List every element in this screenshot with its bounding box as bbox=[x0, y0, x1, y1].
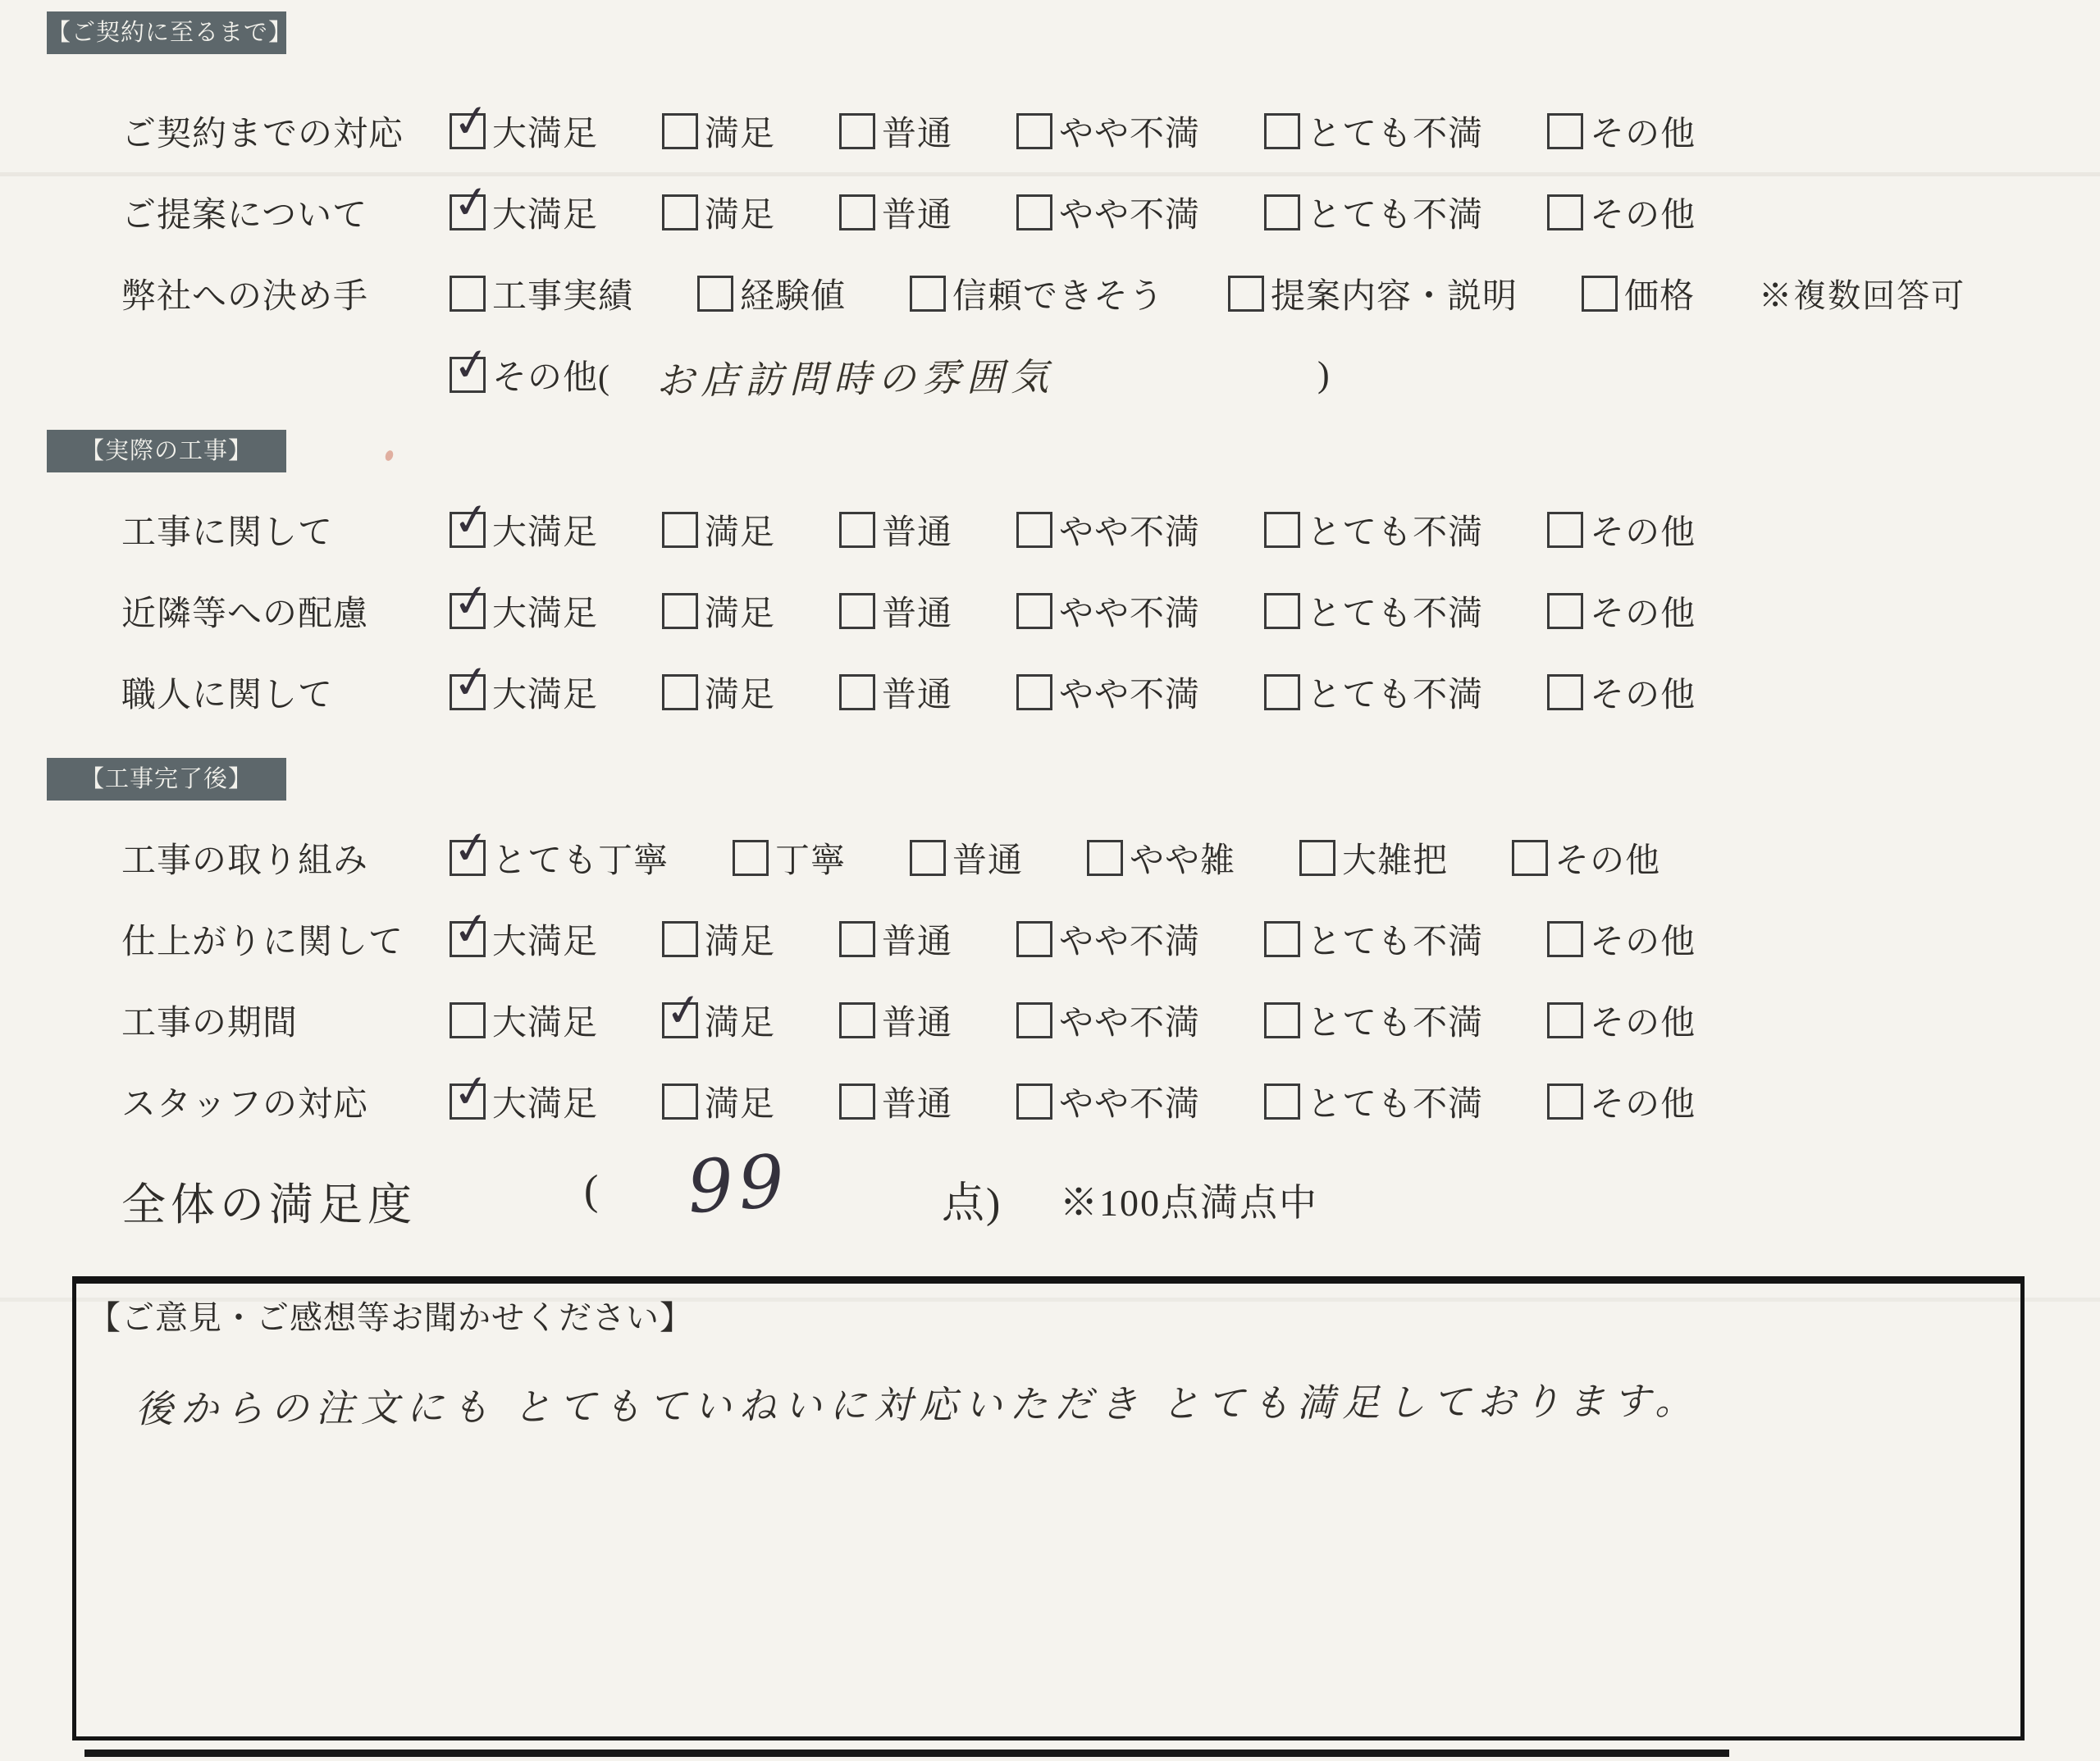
row-label: スタッフの対応 bbox=[121, 1077, 450, 1126]
survey-option: 大満足 bbox=[450, 188, 598, 237]
checkbox[interactable] bbox=[1264, 593, 1300, 629]
survey-option: とても不満 bbox=[1264, 188, 1483, 237]
option-label: 普通 bbox=[882, 107, 952, 156]
options-group: 大満足 満足 普通 やや不満 とても不満 その他 bbox=[450, 1077, 1696, 1126]
checkbox[interactable] bbox=[1016, 1084, 1052, 1120]
survey-option: 大満足 bbox=[450, 915, 598, 964]
survey-option: 普通 bbox=[839, 915, 952, 964]
option-label: 満足 bbox=[705, 915, 775, 964]
option-label: 経験値 bbox=[740, 269, 846, 318]
survey-option: 大満足 bbox=[450, 107, 598, 156]
checkbox[interactable] bbox=[662, 113, 698, 149]
row-note: ※複数回答可 bbox=[1759, 270, 1965, 317]
survey-option: やや不満 bbox=[1016, 1077, 1200, 1126]
section-rows: 工事に関して 大満足 満足 普通 やや不満 とても不満 その他 近隣等への配慮 … bbox=[121, 489, 2100, 732]
checkbox[interactable] bbox=[1547, 194, 1583, 230]
row-label: ご提案について bbox=[121, 188, 450, 237]
row-label: 工事の期間 bbox=[121, 996, 450, 1045]
option-label: やや不満 bbox=[1059, 1077, 1200, 1126]
survey-option: 満足 bbox=[662, 915, 775, 964]
survey-option: 普通 bbox=[839, 996, 952, 1045]
checkbox[interactable] bbox=[1512, 840, 1548, 876]
survey-option: とても丁寧 bbox=[450, 833, 669, 883]
overall-satisfaction-row: 全体の満足度 ( 99 点) ※100点満点中 bbox=[0, 1153, 2100, 1243]
option-label: とても不満 bbox=[1307, 996, 1483, 1045]
checkbox[interactable] bbox=[450, 1084, 486, 1120]
checkmark-icon bbox=[450, 823, 492, 873]
checkbox[interactable] bbox=[662, 921, 698, 957]
checkbox[interactable] bbox=[1264, 113, 1300, 149]
option-label: 満足 bbox=[705, 996, 775, 1045]
checkbox[interactable] bbox=[450, 357, 486, 393]
option-label: その他 bbox=[1590, 107, 1696, 156]
checkbox[interactable] bbox=[1299, 840, 1335, 876]
survey-option: 普通 bbox=[839, 586, 952, 636]
option-label: 大満足 bbox=[492, 915, 598, 964]
option-label: とても不満 bbox=[1307, 915, 1483, 964]
survey-option: 大満足 bbox=[450, 1077, 598, 1126]
option-label: 満足 bbox=[705, 1077, 775, 1126]
survey-option: その他 bbox=[1547, 1077, 1696, 1126]
checkbox[interactable] bbox=[1547, 674, 1583, 710]
survey-option: やや不満 bbox=[1016, 586, 1200, 636]
survey-option: その他 bbox=[1547, 668, 1696, 717]
survey-option: 満足 bbox=[662, 1077, 775, 1126]
survey-option: その他 bbox=[1547, 107, 1696, 156]
overall-label: 全体の満足度 bbox=[121, 1170, 417, 1233]
checkbox[interactable] bbox=[839, 113, 875, 149]
option-label: 普通 bbox=[952, 833, 1023, 883]
checkbox[interactable] bbox=[1016, 674, 1052, 710]
survey-option: とても不満 bbox=[1264, 668, 1483, 717]
option-label: その他 bbox=[1590, 915, 1696, 964]
option-label: 満足 bbox=[705, 586, 775, 636]
checkbox[interactable] bbox=[839, 1002, 875, 1038]
survey-option: 大満足 bbox=[450, 586, 598, 636]
survey-option: やや不満 bbox=[1016, 996, 1200, 1045]
section-header: 【工事完了後】 bbox=[47, 758, 286, 801]
survey-option: とても不満 bbox=[1264, 107, 1483, 156]
checkmark-icon bbox=[450, 1067, 492, 1116]
option-label: 丁寧 bbox=[775, 833, 846, 883]
survey-row: ご契約までの対応 大満足 満足 普通 やや不満 とても不満 その他 bbox=[121, 90, 2100, 171]
checkbox[interactable] bbox=[910, 840, 946, 876]
survey-option: とても不満 bbox=[1264, 996, 1483, 1045]
option-label: 普通 bbox=[882, 996, 952, 1045]
option-label: 普通 bbox=[882, 505, 952, 554]
checkbox[interactable] bbox=[662, 512, 698, 548]
comments-box: 【ご意見・ご感想等お聞かせください】 後からの注文にも とてもていねいに対応いた… bbox=[72, 1276, 2025, 1740]
checkmark-icon bbox=[450, 577, 492, 626]
survey-option: 満足 bbox=[662, 107, 775, 156]
checkmark-icon bbox=[450, 495, 492, 545]
survey-option: その他 bbox=[1547, 188, 1696, 237]
option-label: 大雑把 bbox=[1342, 833, 1448, 883]
survey-option: 普通 bbox=[839, 107, 952, 156]
checkbox[interactable] bbox=[733, 840, 769, 876]
survey-row: その他( お店訪問時の雰囲気 ) bbox=[121, 334, 2100, 415]
survey-option: やや不満 bbox=[1016, 107, 1200, 156]
checkbox[interactable] bbox=[1264, 1084, 1300, 1120]
options-group: とても丁寧 丁寧 普通 やや雑 大雑把 その他 bbox=[450, 833, 1660, 883]
row-label: ご契約までの対応 bbox=[121, 107, 450, 156]
option-label: やや不満 bbox=[1059, 188, 1200, 237]
checkbox[interactable] bbox=[1016, 593, 1052, 629]
option-label: とても不満 bbox=[1307, 586, 1483, 636]
checkbox[interactable] bbox=[450, 921, 486, 957]
row-label: 弊社への決め手 bbox=[121, 269, 450, 318]
section-actual-construction: 【実際の工事】 工事に関して 大満足 満足 普通 やや不満 とても不満 その他 … bbox=[0, 430, 2100, 732]
survey-option: 提案内容・説明 bbox=[1228, 269, 1518, 318]
option-label: 満足 bbox=[705, 668, 775, 717]
survey-row: 工事の取り組み とても丁寧 丁寧 普通 やや雑 大雑把 その他 bbox=[121, 817, 2100, 898]
option-label: 普通 bbox=[882, 915, 952, 964]
survey-option: 信頼できそう bbox=[910, 269, 1164, 318]
checkbox[interactable] bbox=[910, 276, 946, 312]
option-label: 普通 bbox=[882, 1077, 952, 1126]
survey-option: その他 bbox=[1547, 996, 1696, 1045]
checkmark-icon bbox=[450, 178, 492, 227]
survey-row: 弊社への決め手 工事実績 経験値 信頼できそう 提案内容・説明 価格 ※複数回答… bbox=[121, 253, 2100, 334]
option-label: やや不満 bbox=[1059, 586, 1200, 636]
checkbox[interactable] bbox=[450, 840, 486, 876]
option-label: とても不満 bbox=[1307, 1077, 1483, 1126]
option-label: とても不満 bbox=[1307, 668, 1483, 717]
option-label: とても不満 bbox=[1307, 188, 1483, 237]
section-before-contract: 【ご契約に至るまで】 ご契約までの対応 大満足 満足 普通 やや不満 とても不満… bbox=[0, 11, 2100, 415]
score-note: ※100点満点中 bbox=[1060, 1173, 1318, 1227]
option-label: 大満足 bbox=[492, 586, 598, 636]
checkbox[interactable] bbox=[450, 194, 486, 230]
section-rows: ご契約までの対応 大満足 満足 普通 やや不満 とても不満 その他 ご提案につい… bbox=[121, 90, 2100, 415]
checkbox[interactable] bbox=[1264, 674, 1300, 710]
option-label: やや不満 bbox=[1059, 996, 1200, 1045]
survey-option: 普通 bbox=[839, 1077, 952, 1126]
option-label: その他 bbox=[1590, 996, 1696, 1045]
checkbox[interactable] bbox=[839, 512, 875, 548]
handwritten-score: 99 bbox=[685, 1138, 792, 1230]
checkbox[interactable] bbox=[1547, 1084, 1583, 1120]
option-label: 信頼できそう bbox=[952, 269, 1164, 318]
survey-option: その他( bbox=[450, 350, 610, 399]
checkbox[interactable] bbox=[450, 1002, 486, 1038]
checkbox[interactable] bbox=[450, 512, 486, 548]
survey-row: 工事の期間 大満足 満足 普通 やや不満 とても不満 その他 bbox=[121, 979, 2100, 1061]
row-label: 職人に関して bbox=[121, 668, 450, 717]
checkbox[interactable] bbox=[1016, 1002, 1052, 1038]
survey-option: 価格 bbox=[1582, 269, 1695, 318]
survey-option: 丁寧 bbox=[733, 833, 846, 883]
option-label: やや不満 bbox=[1059, 668, 1200, 717]
survey-option: 経験値 bbox=[697, 269, 846, 318]
checkbox[interactable] bbox=[697, 276, 733, 312]
survey-option: 大雑把 bbox=[1299, 833, 1448, 883]
checkbox[interactable] bbox=[1087, 840, 1123, 876]
checkbox[interactable] bbox=[839, 674, 875, 710]
option-label: 普通 bbox=[882, 668, 952, 717]
option-label: とても不満 bbox=[1307, 107, 1483, 156]
row-label: 工事の取り組み bbox=[121, 833, 450, 883]
option-label: その他 bbox=[1590, 1077, 1696, 1126]
checkbox[interactable] bbox=[1016, 194, 1052, 230]
section-header: 【実際の工事】 bbox=[47, 430, 286, 472]
checkbox[interactable] bbox=[839, 1084, 875, 1120]
survey-option: 満足 bbox=[662, 996, 775, 1045]
checkbox[interactable] bbox=[662, 1002, 698, 1038]
checkbox[interactable] bbox=[1264, 921, 1300, 957]
checkbox[interactable] bbox=[1264, 1002, 1300, 1038]
options-group: 大満足 満足 普通 やや不満 とても不満 その他 bbox=[450, 505, 1696, 554]
checkbox[interactable] bbox=[839, 194, 875, 230]
section-header: 【ご契約に至るまで】 bbox=[47, 11, 286, 54]
survey-option: その他 bbox=[1547, 915, 1696, 964]
score-suffix: 点) bbox=[942, 1168, 1002, 1230]
comments-title: 【ご意見・ご感想等お聞かせください】 bbox=[88, 1292, 2020, 1339]
survey-option: 満足 bbox=[662, 505, 775, 554]
survey-row: スタッフの対応 大満足 満足 普通 やや不満 とても不満 その他 bbox=[121, 1061, 2100, 1142]
option-label: その他 bbox=[1590, 188, 1696, 237]
option-label: 大満足 bbox=[492, 996, 598, 1045]
survey-option: 大満足 bbox=[450, 668, 598, 717]
checkbox[interactable] bbox=[450, 674, 486, 710]
survey-option: 大満足 bbox=[450, 505, 598, 554]
option-label: とても丁寧 bbox=[492, 833, 669, 883]
survey-option: やや不満 bbox=[1016, 668, 1200, 717]
survey-row: ご提案について 大満足 満足 普通 やや不満 とても不満 その他 bbox=[121, 171, 2100, 253]
checkbox[interactable] bbox=[450, 276, 486, 312]
checkbox[interactable] bbox=[450, 113, 486, 149]
checkmark-icon bbox=[450, 658, 492, 707]
checkbox[interactable] bbox=[1547, 921, 1583, 957]
checkbox[interactable] bbox=[662, 674, 698, 710]
option-label: 満足 bbox=[705, 188, 775, 237]
checkbox[interactable] bbox=[1582, 276, 1618, 312]
row-label: 工事に関して bbox=[121, 505, 450, 554]
option-label: 大満足 bbox=[492, 668, 598, 717]
survey-option: やや不満 bbox=[1016, 505, 1200, 554]
checkbox[interactable] bbox=[662, 194, 698, 230]
option-label: その他 bbox=[1590, 505, 1696, 554]
survey-option: やや雑 bbox=[1087, 833, 1235, 883]
survey-option: とても不満 bbox=[1264, 586, 1483, 636]
survey-option: その他 bbox=[1547, 586, 1696, 636]
survey-option: とても不満 bbox=[1264, 1077, 1483, 1126]
checkbox[interactable] bbox=[1547, 1002, 1583, 1038]
checkbox[interactable] bbox=[839, 593, 875, 629]
option-label: 満足 bbox=[705, 107, 775, 156]
checkmark-icon bbox=[662, 986, 705, 1035]
option-label: 提案内容・説明 bbox=[1271, 269, 1518, 318]
checkmark-icon bbox=[450, 340, 492, 390]
checkmark-icon bbox=[450, 97, 492, 146]
survey-option: とても不満 bbox=[1264, 505, 1483, 554]
handwritten-answer: お店訪問時の雰囲気 bbox=[656, 344, 1318, 404]
handwritten-comment: 後からの注文にも とてもていねいに対応いただき とても満足しております。 bbox=[135, 1370, 1940, 1434]
checkbox[interactable] bbox=[1547, 593, 1583, 629]
option-label: 大満足 bbox=[492, 505, 598, 554]
survey-row: 職人に関して 大満足 満足 普通 やや不満 とても不満 その他 bbox=[121, 651, 2100, 732]
survey-option: 満足 bbox=[662, 586, 775, 636]
options-group: 大満足 満足 普通 やや不満 とても不満 その他 bbox=[450, 668, 1696, 717]
survey-option: 満足 bbox=[662, 668, 775, 717]
option-label: その他( bbox=[492, 350, 610, 399]
options-group: 大満足 満足 普通 やや不満 とても不満 その他 bbox=[450, 107, 1696, 156]
survey-row: 近隣等への配慮 大満足 満足 普通 やや不満 とても不満 その他 bbox=[121, 570, 2100, 651]
option-label: 普通 bbox=[882, 188, 952, 237]
paren-open: ( bbox=[584, 1166, 598, 1215]
checkbox[interactable] bbox=[450, 593, 486, 629]
checkbox[interactable] bbox=[1228, 276, 1264, 312]
option-label: やや不満 bbox=[1059, 915, 1200, 964]
options-group: 大満足 満足 普通 やや不満 とても不満 その他 bbox=[450, 188, 1696, 237]
option-label: 大満足 bbox=[492, 1077, 598, 1126]
survey-row: 工事に関して 大満足 満足 普通 やや不満 とても不満 その他 bbox=[121, 489, 2100, 570]
option-label: 工事実績 bbox=[492, 269, 633, 318]
options-group: その他( bbox=[450, 350, 610, 399]
survey-option: 普通 bbox=[839, 505, 952, 554]
checkbox[interactable] bbox=[1016, 921, 1052, 957]
option-label: 価格 bbox=[1624, 269, 1695, 318]
survey-option: とても不満 bbox=[1264, 915, 1483, 964]
checkbox[interactable] bbox=[1264, 194, 1300, 230]
section-rows: 工事の取り組み とても丁寧 丁寧 普通 やや雑 大雑把 その他 仕上がりに関して… bbox=[121, 817, 2100, 1142]
option-label: 大満足 bbox=[492, 188, 598, 237]
checkbox[interactable] bbox=[662, 1084, 698, 1120]
checkbox[interactable] bbox=[1016, 113, 1052, 149]
options-group: 大満足 満足 普通 やや不満 とても不満 その他 bbox=[450, 586, 1696, 636]
survey-option: 大満足 bbox=[450, 996, 598, 1045]
section-after-completion: 【工事完了後】 工事の取り組み とても丁寧 丁寧 普通 やや雑 大雑把 その他 … bbox=[0, 758, 2100, 1142]
option-label: とても不満 bbox=[1307, 505, 1483, 554]
options-group: 大満足 満足 普通 やや不満 とても不満 その他 bbox=[450, 915, 1696, 964]
survey-option: やや不満 bbox=[1016, 188, 1200, 237]
survey-option: 普通 bbox=[839, 668, 952, 717]
survey-option: その他 bbox=[1547, 505, 1696, 554]
options-group: 大満足 満足 普通 やや不満 とても不満 その他 bbox=[450, 996, 1696, 1045]
survey-option: やや不満 bbox=[1016, 915, 1200, 964]
option-label: 大満足 bbox=[492, 107, 598, 156]
option-label: 満足 bbox=[705, 505, 775, 554]
checkbox[interactable] bbox=[1016, 512, 1052, 548]
checkbox[interactable] bbox=[1547, 512, 1583, 548]
survey-option: 普通 bbox=[839, 188, 952, 237]
options-group: 工事実績 経験値 信頼できそう 提案内容・説明 価格 bbox=[450, 269, 1695, 318]
checkbox[interactable] bbox=[1547, 113, 1583, 149]
survey-option: その他 bbox=[1512, 833, 1660, 883]
checkmark-icon bbox=[450, 905, 492, 954]
row-label: 近隣等への配慮 bbox=[121, 586, 450, 636]
paren-close: ) bbox=[1317, 354, 1330, 395]
option-label: やや不満 bbox=[1059, 505, 1200, 554]
checkbox[interactable] bbox=[662, 593, 698, 629]
option-label: その他 bbox=[1554, 833, 1660, 883]
survey-option: 満足 bbox=[662, 188, 775, 237]
option-label: やや雑 bbox=[1130, 833, 1235, 883]
scan-edge-artifact bbox=[84, 1750, 1729, 1757]
survey-option: 工事実績 bbox=[450, 269, 633, 318]
checkbox[interactable] bbox=[1264, 512, 1300, 548]
survey-option: 普通 bbox=[910, 833, 1023, 883]
option-label: 普通 bbox=[882, 586, 952, 636]
row-label: 仕上がりに関して bbox=[121, 915, 450, 964]
option-label: その他 bbox=[1590, 586, 1696, 636]
option-label: その他 bbox=[1590, 668, 1696, 717]
option-label: やや不満 bbox=[1059, 107, 1200, 156]
survey-row: 仕上がりに関して 大満足 満足 普通 やや不満 とても不満 その他 bbox=[121, 898, 2100, 979]
checkbox[interactable] bbox=[839, 921, 875, 957]
